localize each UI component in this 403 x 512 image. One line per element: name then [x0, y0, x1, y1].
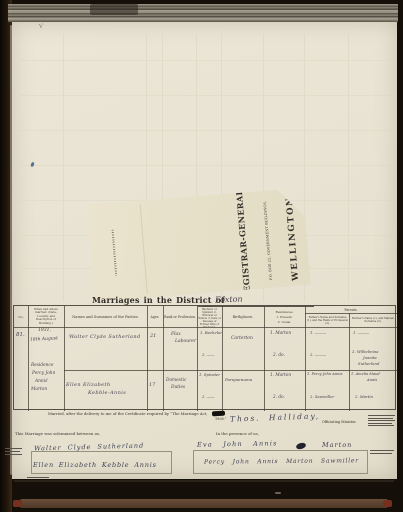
residences-present: 1. Present.: [276, 315, 292, 319]
witness-signature-2: Percy John Annis Marton Sawmiller: [204, 457, 359, 465]
fine-print-line: [5, 451, 20, 452]
table-row-divider: [64, 370, 397, 371]
solemnized-label: This Marriage was solemnized between us,: [15, 431, 100, 436]
col-header-birthplaces: Birthplaces.: [222, 306, 264, 327]
officiating-minister-label: Officiating Minister.: [322, 420, 356, 424]
col-header-father: Father's Name and Surname (1), and the R…: [306, 313, 349, 327]
bride-mother-1a: 1. Amelia Maud: [351, 372, 380, 376]
witness-signature-1-place: Marton: [322, 441, 352, 449]
grid-line: [20, 130, 392, 131]
fine-print-line: [5, 454, 22, 455]
when-place-1: Residence: [31, 363, 53, 368]
bride-residence-1: 1. Marton: [270, 372, 291, 377]
col-header-names: Names and Surnames of the Parties.: [64, 306, 147, 327]
groom-mother-2b: Juanita: [363, 355, 377, 360]
page-bottom-shadow-line: [14, 480, 394, 482]
col-header-parents: Parents.: [305, 306, 397, 313]
photographed-register-page: V REGISTRAR-GENERAL, P.O. BOX 22, GOVERN…: [0, 0, 403, 512]
bride-mother-1b: Annis: [367, 378, 377, 382]
bride-father-2: 2. Sawmiller: [310, 394, 334, 399]
fine-print-line: [370, 450, 394, 451]
page-title: Marriages in the District of: [92, 295, 225, 305]
fine-print-line: [368, 423, 392, 424]
groom-condition-2: 2. ——: [202, 352, 214, 357]
col-header-rank: Rank or Profession.: [163, 306, 197, 327]
groom-rank-1: Flax: [171, 332, 181, 337]
bride-condition-2: 2. ——: [202, 394, 214, 399]
col-header-condition: Condition of Parties: 1. Bachelor or Spi…: [198, 306, 221, 327]
witnesses-margin-fine-print: [370, 450, 395, 457]
when-place-3: Annis': [35, 379, 48, 384]
top-edge-dark-patch: [90, 4, 138, 15]
presence-label: In the presence of us,: [216, 431, 259, 436]
bride-rank-2: Duties: [171, 385, 185, 390]
redaction-blot: [212, 411, 225, 417]
faint-mark: [275, 492, 281, 494]
book-corner-right: [383, 500, 392, 507]
fine-print-line: [5, 448, 22, 449]
col-header-ages: Ages.: [147, 306, 163, 327]
party-signature-bride: Ellen Elizabeth Kebble Annis: [33, 461, 157, 469]
fine-print-line: [27, 477, 49, 478]
fine-print-line: [370, 453, 392, 454]
grid-line: [20, 95, 392, 96]
certify-year: 1908.”: [215, 417, 226, 421]
book-bottom-edge: [20, 499, 388, 508]
when-year: 1931,: [38, 328, 51, 333]
stamp-line-registrar-general: REGISTRAR-GENERAL,: [234, 186, 253, 299]
col-header-mother: Mother's Name (1), and Maiden Surname (2…: [350, 313, 396, 327]
registrar-general-stamp: REGISTRAR-GENERAL, P.O. BOX 22, GOVERNME…: [235, 195, 302, 285]
groom-age: 21: [150, 333, 156, 339]
registrar-slip: REGISTRAR-GENERAL, P.O. BOX 22, GOVERNME…: [88, 188, 311, 302]
bride-age: 17: [149, 382, 155, 388]
grid-line: [348, 34, 349, 302]
marriage-table: No. When and where married. (Date, Local…: [13, 305, 396, 410]
book-corner-left: [13, 500, 22, 507]
when-date: 18th August: [30, 336, 58, 342]
bride-condition-1: 1. Spinster: [199, 372, 220, 377]
certify-statement: Married, after the delivery to me of the…: [48, 411, 207, 416]
bride-father-1: 1. Percy John Annis: [307, 372, 342, 376]
groom-residence-2: 2. do.: [273, 352, 285, 357]
grid-line: [20, 60, 392, 61]
groom-mother-2a: 2. Wilhelmina: [352, 349, 379, 354]
col-header-no: No.: [14, 306, 28, 327]
grid-line: [20, 165, 392, 166]
stamp-line-address: P.O. BOX 22, GOVERNMENT BUILDINGS,: [263, 201, 273, 281]
page-stack-top-edge: [8, 4, 398, 22]
col-header-when: When and where married. (Date, Locality,…: [29, 306, 63, 327]
bride-residence-2: 2. do.: [273, 394, 285, 399]
fine-print-line: [368, 425, 394, 426]
fine-print-line: [368, 420, 395, 421]
groom-father-1: 1. ———: [310, 330, 326, 335]
parties-margin-fine-print: [5, 448, 23, 457]
groom-rank-2: Labourer: [175, 339, 196, 344]
groom-residence-1: 1. Marton: [270, 330, 291, 335]
slip-rule-line: [140, 204, 148, 294]
when-place-2: Percy John: [32, 371, 55, 376]
bride-birthplace: Paraparaumu: [225, 377, 252, 382]
witness-signature-1: Eva John Annis: [197, 439, 278, 448]
slip-micro-print: [112, 230, 118, 276]
district-name-handwritten: Foxton: [215, 295, 243, 305]
bride-name-2: Kebble-Annis: [88, 390, 126, 396]
col-header-residences: Residences. 1. Present. 2. Usual.: [264, 306, 305, 327]
residences-title: Residences.: [275, 310, 293, 314]
entry-number: 81.: [16, 332, 25, 338]
minister-fine-print: [368, 415, 395, 427]
groom-father-2: 2. ———: [310, 352, 326, 357]
groom-mother-1: 1. ———: [353, 330, 369, 335]
bride-rank-1: Domestic: [166, 378, 186, 383]
grid-line: [63, 34, 64, 302]
fine-print-line: [368, 415, 395, 416]
groom-condition-1: 1. Bachelor: [200, 330, 222, 335]
groom-mother-2c: Sutherland: [358, 361, 379, 366]
groom-birthplace: Carterton: [231, 336, 253, 341]
residences-usual: 2. Usual.: [278, 320, 292, 324]
bride-name-1: Ellen Elizabeth: [66, 382, 110, 388]
when-place-4: Marton: [31, 387, 47, 392]
groom-name: Walter Clyde Sutherland: [69, 334, 141, 340]
bride-mother-2: 2. Martin: [355, 394, 373, 399]
table-header-bottom-line: [14, 327, 397, 328]
fine-print-line: [368, 418, 393, 419]
